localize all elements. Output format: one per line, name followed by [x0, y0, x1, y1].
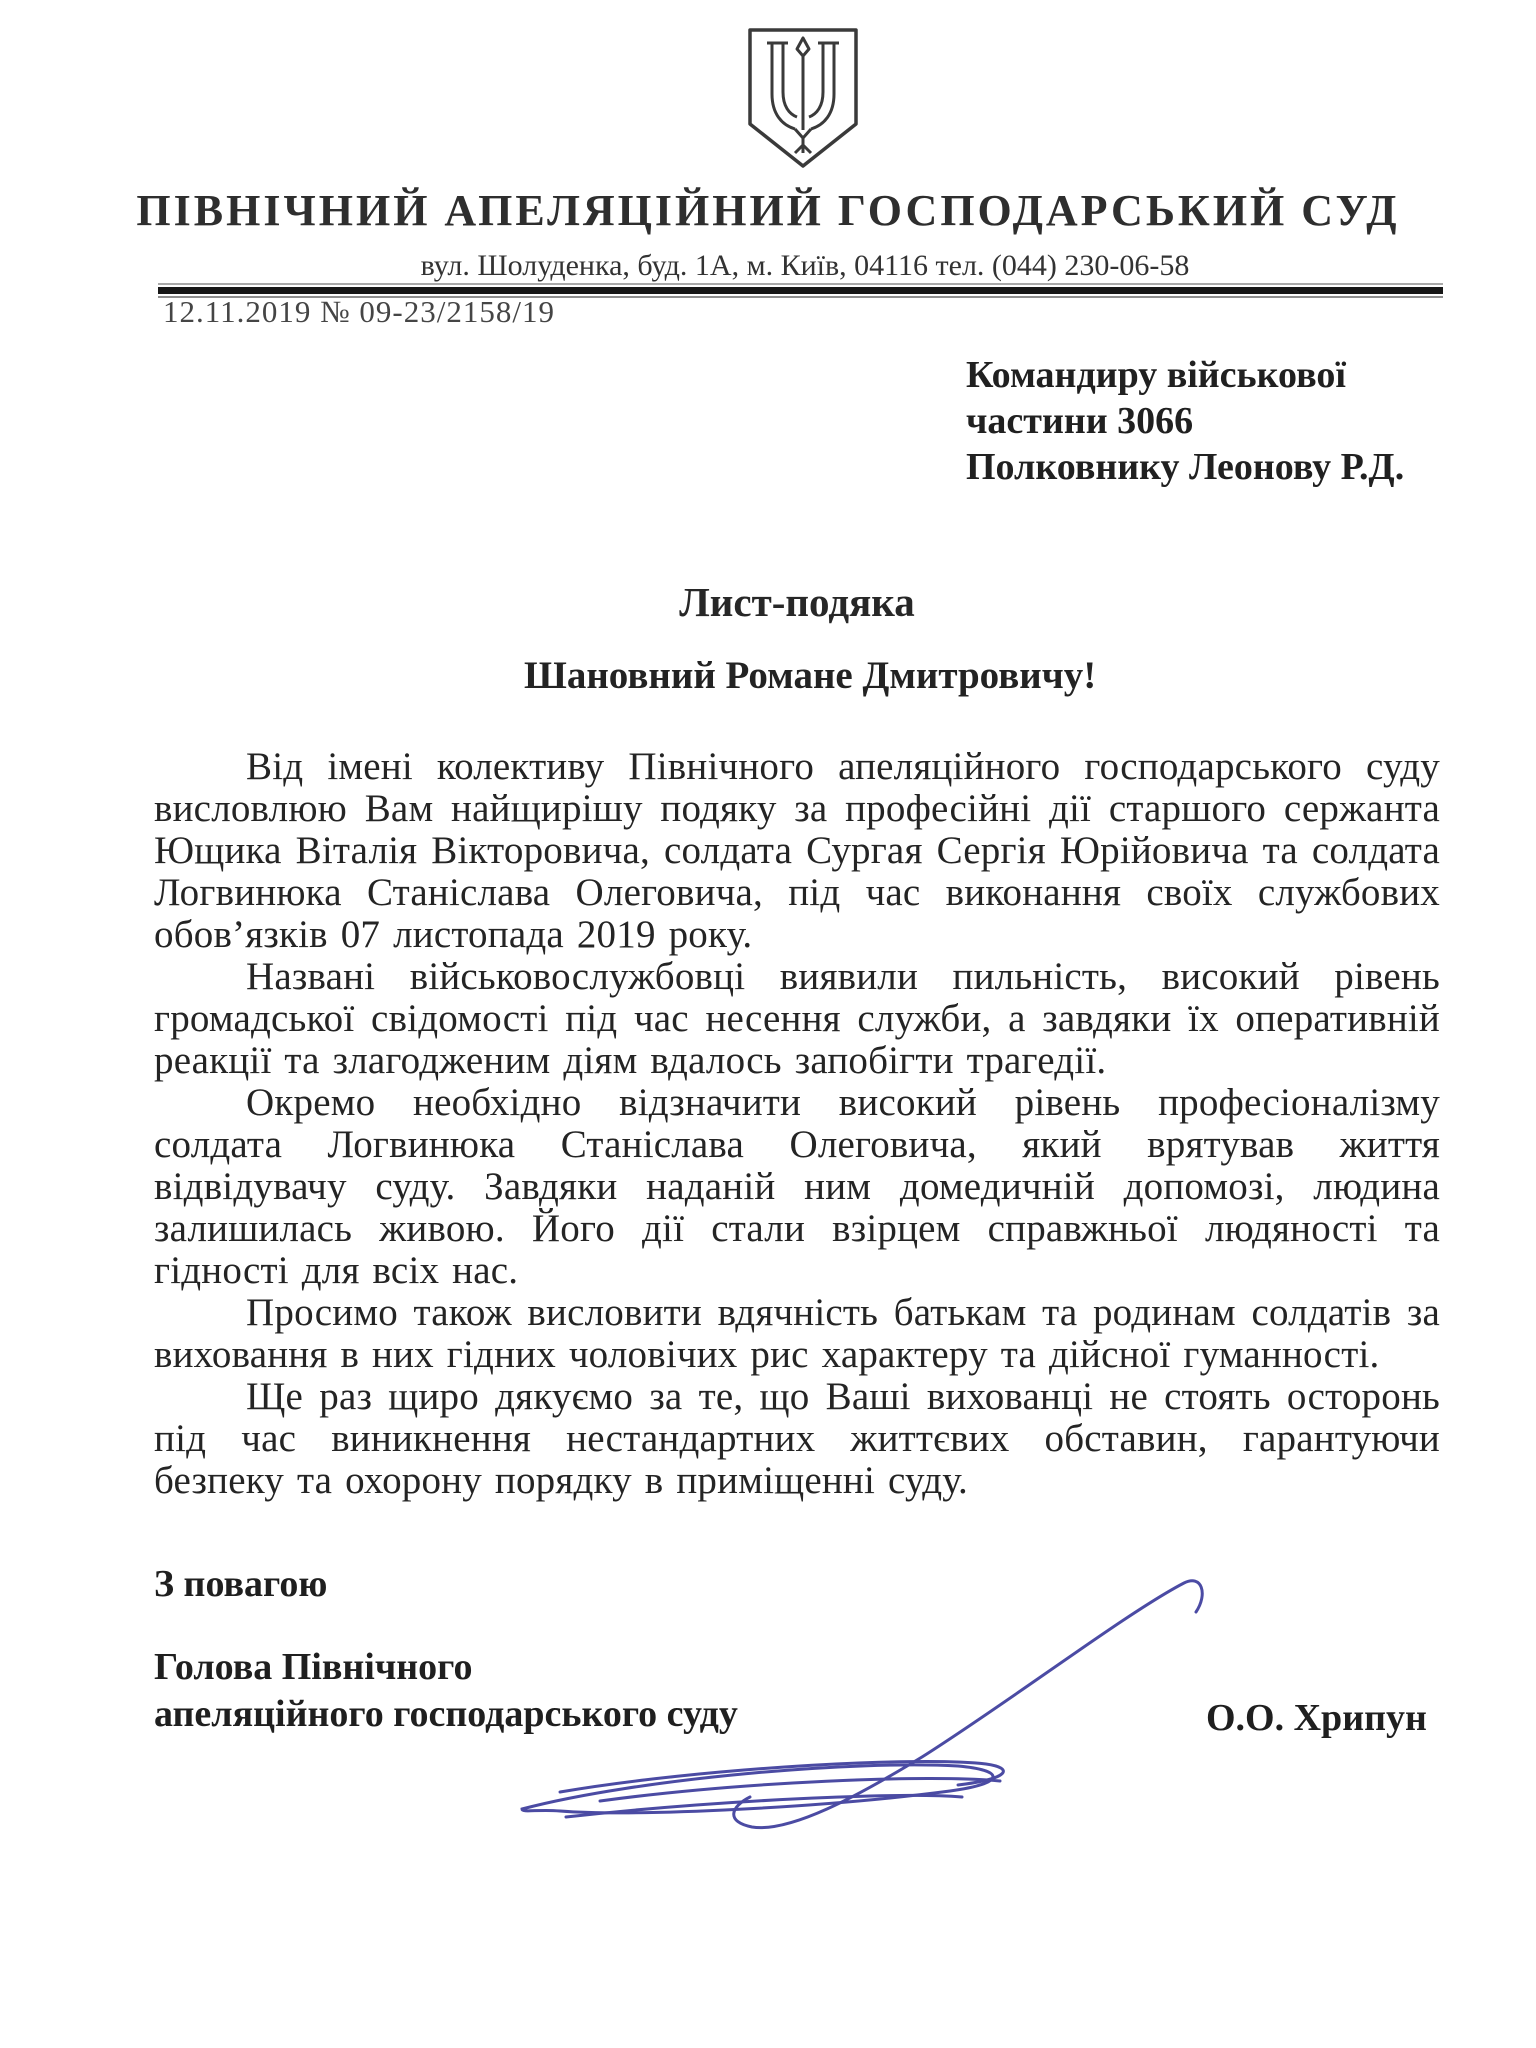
paragraph-4: Просимо також висловити вдячність батька… [154, 1292, 1440, 1376]
signer-name: О.О. Хрипун [1206, 1696, 1427, 1740]
paragraph-2: Названі військовослужбовці виявили пильн… [154, 956, 1440, 1082]
date-and-reference-number: 12.11.2019 № 09-23/2158/19 [163, 294, 555, 330]
valediction: З повагою [154, 1562, 327, 1606]
signer-position: Голова Північного апеляційного господарс… [154, 1644, 738, 1738]
paragraph-5: Ще раз щиро дякуємо за те, що Ваші вихов… [154, 1376, 1440, 1502]
recipient-line-3: Полковнику Леонову Р.Д. [966, 444, 1404, 490]
letterhead-divider [158, 287, 1443, 294]
court-address: вул. Шолуденка, буд. 1А, м. Київ, 04116 … [90, 250, 1520, 282]
recipient-block: Командиру військової частини 3066 Полков… [966, 352, 1404, 490]
letterhead-divider-top [158, 283, 1443, 285]
letter-title: Лист-подяка [154, 578, 1440, 626]
paragraph-3: Окремо необхідно відзначити високий ріве… [154, 1082, 1440, 1292]
coat-of-arms-icon [745, 26, 861, 172]
signer-position-line-2: апеляційного господарського суду [154, 1691, 738, 1738]
court-name: ПІВНІЧНИЙ АПЕЛЯЦІЙНИЙ ГОСПОДАРСЬКИЙ СУД [90, 186, 1446, 236]
letter-body: Від імені колективу Північного апеляційн… [154, 746, 1440, 1502]
scanned-letter-page: ПІВНІЧНИЙ АПЕЛЯЦІЙНИЙ ГОСПОДАРСЬКИЙ СУД … [0, 0, 1536, 2048]
paragraph-1: Від імені колективу Північного апеляційн… [154, 746, 1440, 956]
salutation: Шановний Романе Дмитровичу! [524, 653, 1096, 698]
recipient-line-1: Командиру військової [966, 352, 1404, 398]
recipient-line-2: частини 3066 [966, 398, 1404, 444]
signer-position-line-1: Голова Північного [154, 1644, 738, 1691]
